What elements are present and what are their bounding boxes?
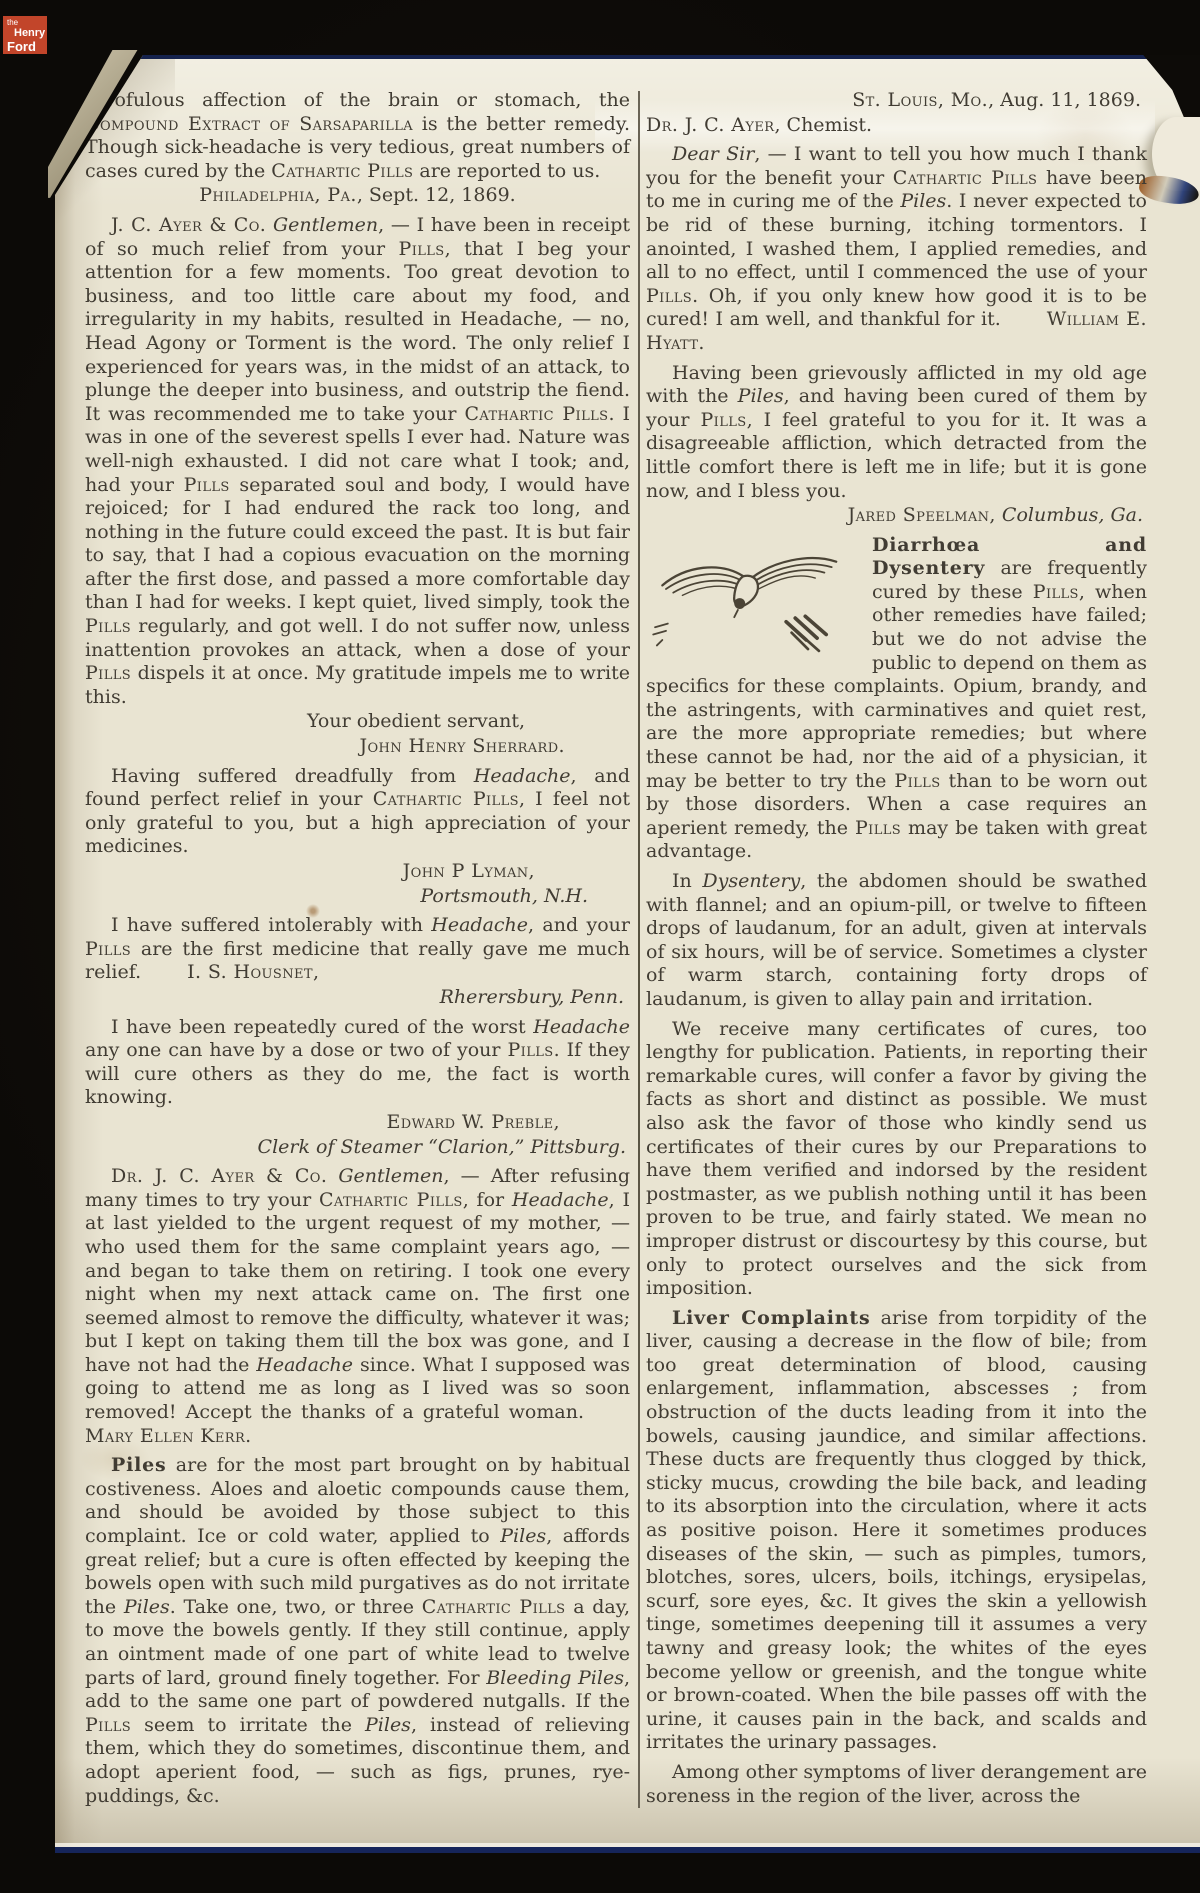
text-area: scrofulous affection of the brain or sto… <box>85 89 1147 1808</box>
body-paragraph: Having been grievously afflicted in my o… <box>646 362 1147 504</box>
body-paragraph: Liver Complaints arise from torpidity of… <box>646 1307 1147 1755</box>
signature-line: Jared Speelman, Columbus, Ga. <box>646 504 1147 528</box>
body-paragraph: Among other symptoms of liver derangemen… <box>646 1761 1147 1808</box>
document-page: scrofulous affection of the brain or sto… <box>55 55 1200 1853</box>
logo-text-henry: Henry <box>14 28 44 39</box>
signature-line: John Henry Sherrard. <box>85 735 630 759</box>
signature-line: Portsmouth, N.H. <box>85 885 630 909</box>
body-paragraph: Dear Sir, — I want to tell you how much … <box>646 143 1147 355</box>
body-paragraph: We receive many certificates of cures, t… <box>646 1018 1147 1301</box>
body-paragraph: J. C. Ayer & Co. Gentlemen, — I have bee… <box>85 214 630 709</box>
scan-background: scrofulous affection of the brain or sto… <box>0 0 1200 1893</box>
page-bottom-edge <box>55 1843 1200 1847</box>
flying-bird-icon <box>646 538 858 670</box>
right-column: St. Louis, Mo., Aug. 11, 1869.Dr. J. C. … <box>646 89 1147 1808</box>
body-paragraph: scrofulous affection of the brain or sto… <box>85 89 630 183</box>
dateline: Philadelphia, Pa., Sept. 12, 1869. <box>85 184 630 208</box>
body-paragraph: Diarrhœa and Dysentery are frequently cu… <box>646 534 1147 864</box>
body-paragraph: I have been repeatedly cured of the wors… <box>85 1016 630 1110</box>
signature-line: Rherersbury, Penn. <box>85 986 630 1010</box>
body-paragraph: In Dysentery, the abdomen should be swat… <box>646 870 1147 1012</box>
signature-line: Your obedient servant, <box>85 710 630 734</box>
body-paragraph: Piles are for the most part brought on b… <box>85 1454 630 1808</box>
logo-text-ford: Ford <box>7 40 44 53</box>
flying-bird-illustration <box>646 538 858 670</box>
left-column: scrofulous affection of the brain or sto… <box>85 89 630 1808</box>
dateline: St. Louis, Mo., Aug. 11, 1869. <box>646 89 1147 113</box>
body-paragraph: Dr. J. C. Ayer & Co. Gentlemen, — After … <box>85 1165 630 1448</box>
signature-line: Clerk of Steamer “Clarion,” Pittsburg. <box>85 1136 630 1160</box>
salutation-line: Dr. J. C. Ayer, Chemist. <box>646 114 1147 138</box>
body-paragraph: Having suffered dreadfully from Headache… <box>85 765 630 859</box>
henry-ford-logo: the Henry Ford <box>3 16 47 54</box>
logo-text-the: the <box>7 19 44 27</box>
body-paragraph: I have suffered intolerably with Headach… <box>85 914 630 985</box>
column-divider-rule <box>638 91 640 1808</box>
signature-line: Edward W. Preble, <box>85 1111 630 1135</box>
signature-line: John P Lyman, <box>85 860 630 884</box>
